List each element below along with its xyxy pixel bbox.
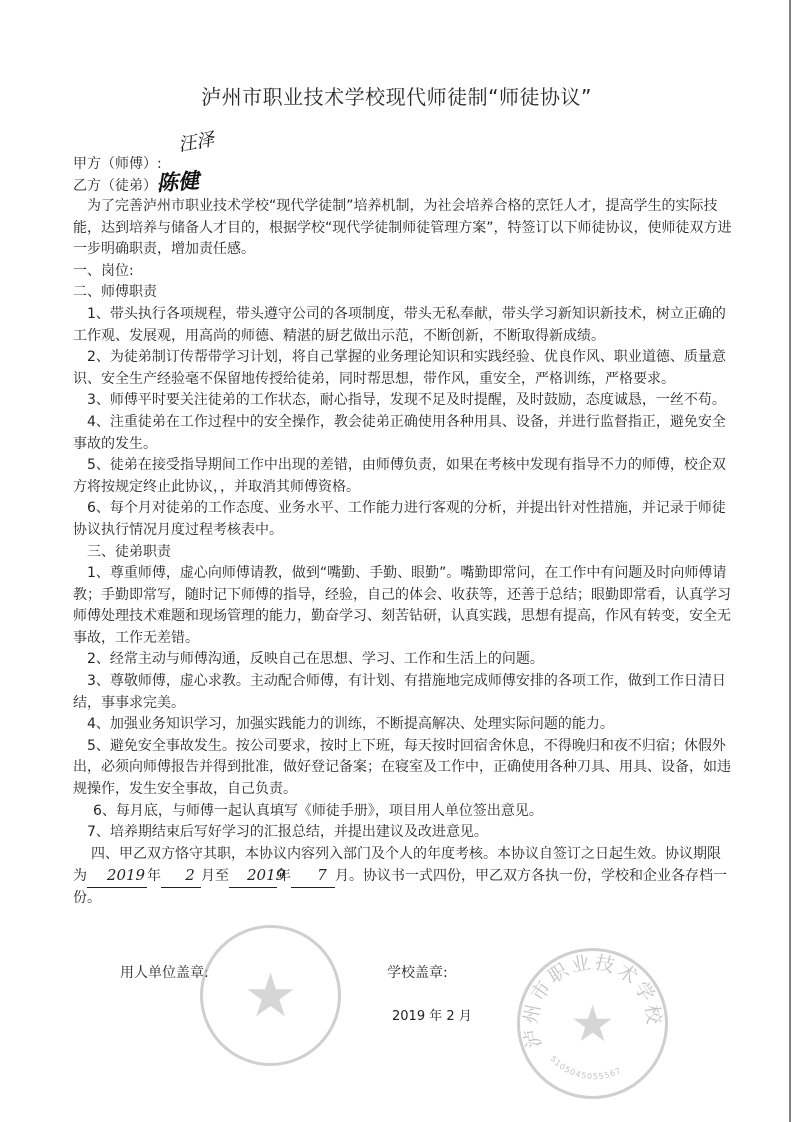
apprentice-duty-5: 5、避免安全事故发生。按公司要求，按时上下班，每天按时回宿舍休息，不得晚归和夜不… [73, 736, 733, 801]
master-duty-1: 1、带头执行各项规程，带头遵守公司的各项制度，带头无私奉献，带头学习新知识新技术… [73, 304, 733, 347]
apprentice-duty-6: 6、每月底，与师傅一起认真填写《师徒手册》，项目用人单位签出意见。 [73, 801, 733, 823]
term-start-year-field: 2019 [87, 865, 147, 888]
term-end-year-field: 2019 [229, 865, 277, 888]
employer-seal-label: 用人单位盖章: [120, 962, 209, 982]
apprentice-duty-1: 1、尊重师傅，虚心向师傅请教，做到“嘴勤、手勤、眼勤”。嘴勤即常问，在工作中有问… [73, 563, 733, 649]
apprentice-duty-3: 3、尊敬师傅，虚心求教。主动配合师傅，有计划、有措施地完成师傅安排的各项工作，做… [73, 671, 733, 714]
document-page: 泸州市职业技术学校现代师徒制“师徒协议” 甲方（师傅）: 汪泽 乙方（徒弟）: … [0, 0, 793, 1122]
term-end-month-field: 7 [291, 865, 335, 888]
employer-stamp: ★ [200, 925, 341, 1066]
year-label-1: 年 [147, 868, 161, 884]
master-duty-5: 5、徒弟在接受指导期间工作中出现的差错，由师傅负责，如果在考核中发现有指导不力的… [73, 455, 733, 498]
party-a-label: 甲方（师傅）: [73, 153, 162, 173]
master-duty-6: 6、每个月对徒弟的工作态度、业务水平、工作能力进行客观的分析，并提出针对性措施，… [73, 498, 733, 541]
party-a-signature: 汪泽 [176, 125, 216, 157]
apprentice-duty-7: 7、培养期结束后写好学习的汇报总结，并提出建议及改进意见。 [73, 822, 733, 844]
section-heading-apprentice: 三、徒弟职责 [73, 542, 733, 564]
scan-edge-line [789, 0, 791, 1122]
year-label-2: 年 [277, 868, 291, 884]
intro-paragraph: 为了完善泸州市职业技术学校“现代学徒制”培养机制，为社会培养合格的烹饪人才，提高… [73, 196, 733, 261]
term-start-month-field: 2 [161, 865, 201, 888]
document-title: 泸州市职业技术学校现代师徒制“师徒协议” [0, 81, 793, 110]
section-heading-position: 一、岗位: [73, 261, 733, 283]
star-icon: ★ [244, 961, 298, 1031]
svg-text:5105045055567: 5105045055567 [548, 1054, 623, 1081]
school-stamp: 泸州市职业技术学校 5105045055567 ★ [517, 948, 668, 1099]
master-duty-2: 2、为徒弟制订传帮带学习计划，将自己掌握的业务理论知识和实践经验、优良作风、职业… [73, 347, 733, 390]
agreement-body: 为了完善泸州市职业技术学校“现代学徒制”培养机制，为社会培养合格的烹饪人才，提高… [73, 196, 733, 910]
master-duty-3: 3、师傅平时要关注徒弟的工作状态，耐心指导，发现不足及时提醒，及时鼓励，态度诚恳… [73, 390, 733, 412]
party-b-signature: 陈健 [156, 165, 200, 198]
signing-date: 2019 年 2 月 [392, 1005, 472, 1024]
party-b-label: 乙方（徒弟）: [73, 175, 162, 195]
star-icon: ★ [570, 995, 615, 1053]
apprentice-duty-4: 4、加强业务知识学习，加强实践能力的训练，不断提高解决、处理实际问题的能力。 [73, 714, 733, 736]
school-stamp-number: 5105045055567 [548, 1054, 623, 1081]
master-duty-4: 4、注重徒弟在工作过程中的安全操作，教会徒弟正确使用各种用具、设备，并进行监督指… [73, 412, 733, 455]
month-to-label: 月至 [201, 868, 229, 884]
section-four-paragraph: 四、甲乙双方恪守其职，本协议内容列入部门及个人的年度考核。本协议自签订之日起生效… [73, 844, 733, 910]
school-seal-label: 学校盖章: [387, 962, 448, 982]
section-heading-master: 二、师傅职责 [73, 282, 733, 304]
apprentice-duty-2: 2、经常主动与师傅沟通，反映自己在思想、学习、工作和生活上的问题。 [73, 649, 733, 671]
